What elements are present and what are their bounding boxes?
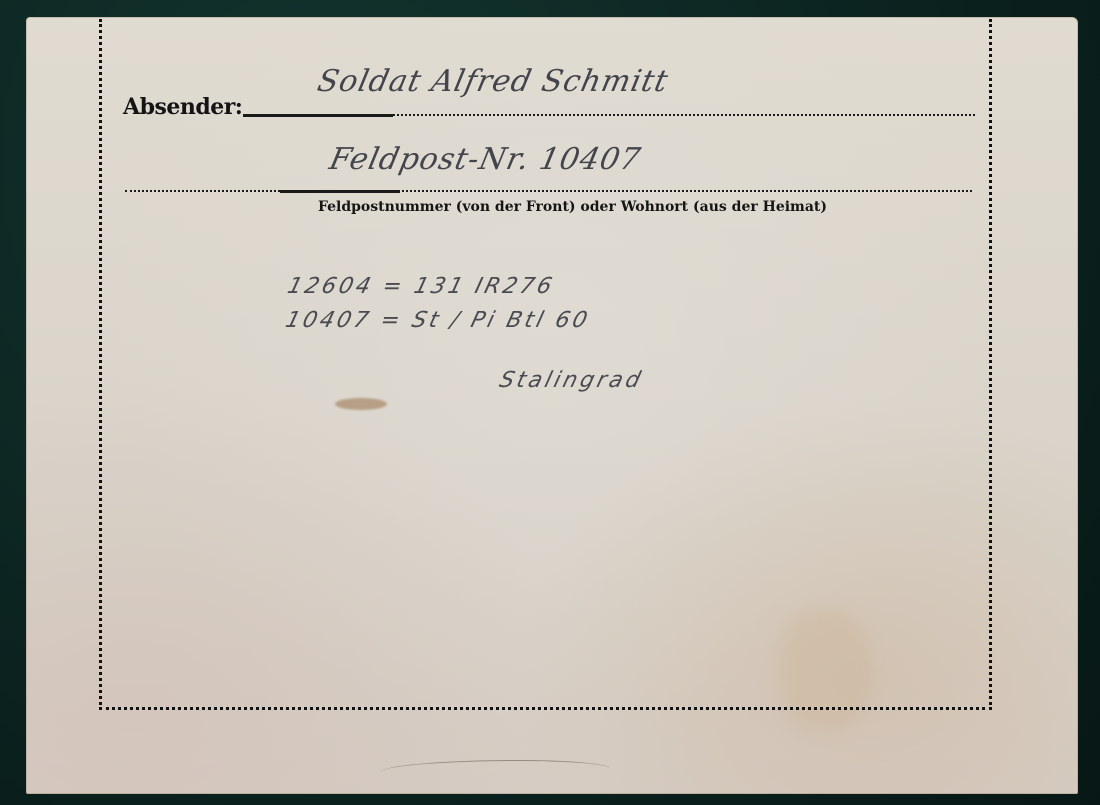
pencil-note-line-1: 12604 = 131 IR276 [285,274,557,299]
pencil-note-line-2: 10407 = St / Pi Btl 60 [283,308,593,333]
handwritten-feldpost-number: Feldpost-Nr. 10407 [326,142,644,177]
dotted-frame-border [99,19,992,710]
feldpost-caption: Feldpostnummer (von der Front) oder Wohn… [0,199,1100,215]
sender-line-dotted [393,114,975,116]
address-line-solid [280,190,400,193]
handwritten-sender-name: Soldat Alfred Schmitt [314,64,671,99]
pencil-note-location: Stalingrad [497,368,646,393]
sender-line-solid [243,114,393,117]
sender-label: Absender: [123,94,242,120]
address-line-dotted [125,190,972,192]
